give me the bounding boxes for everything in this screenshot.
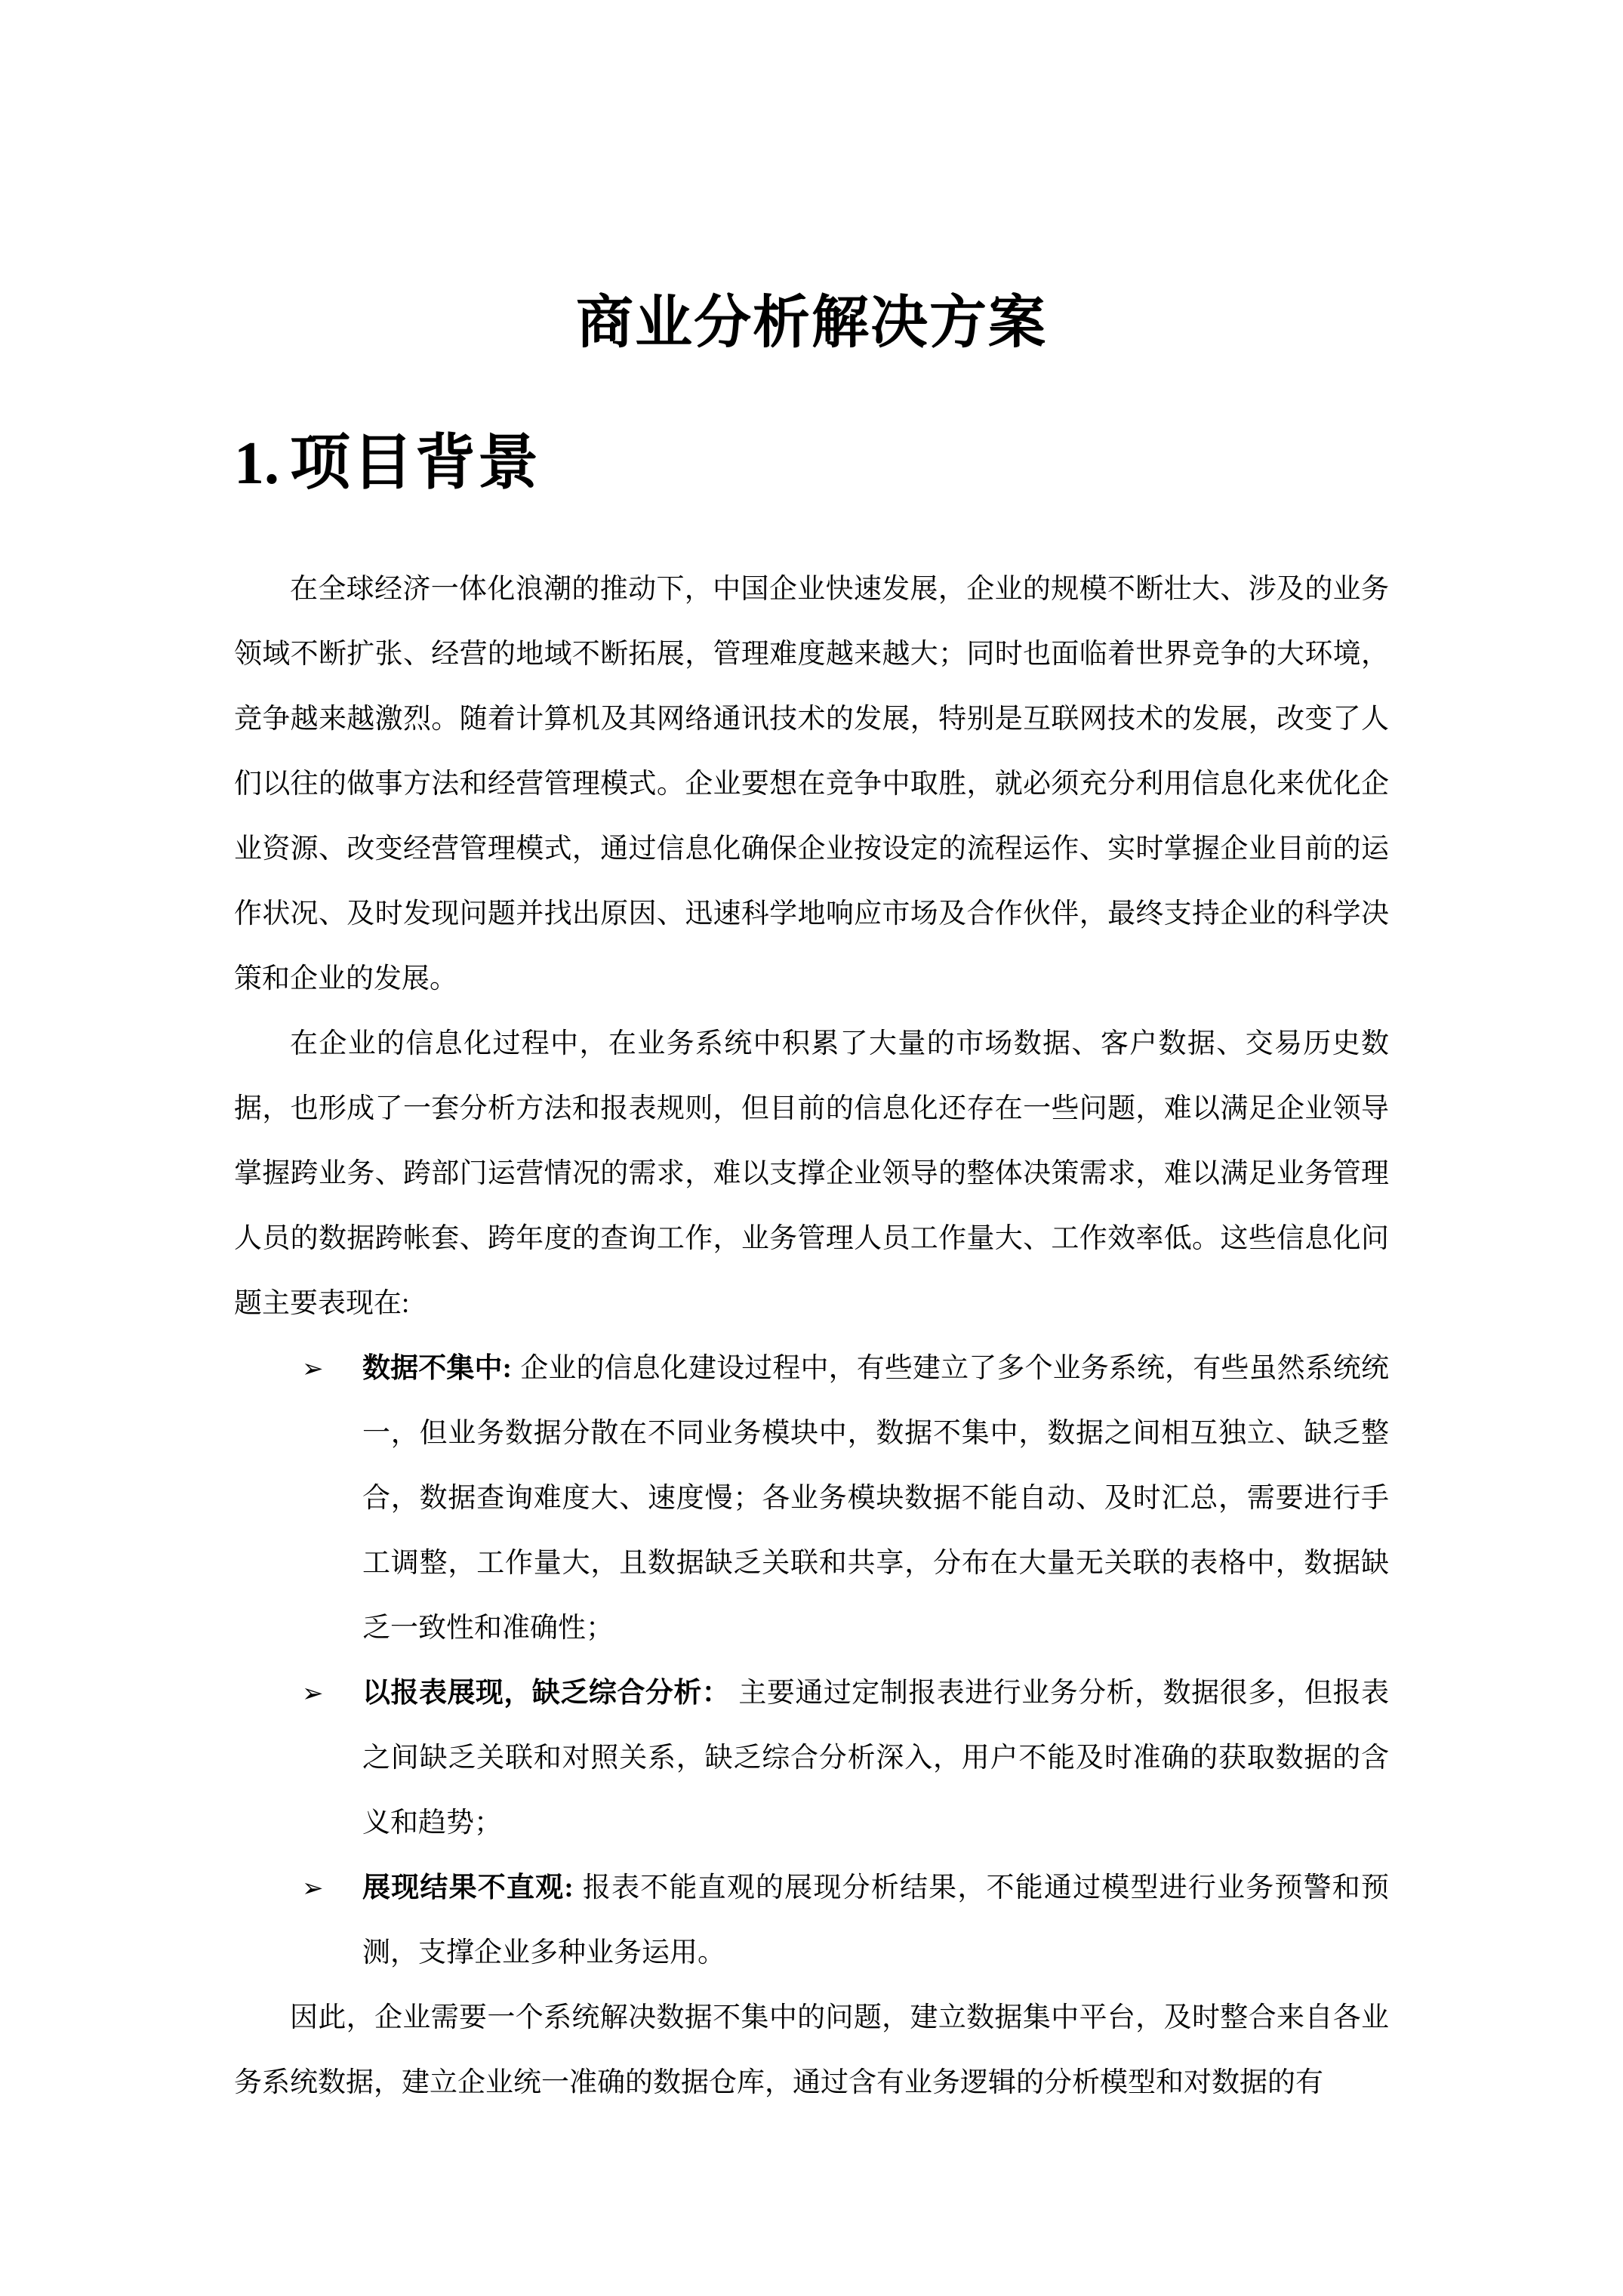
bullet-text: 企业的信息化建设过程中，有些建立了多个业务系统，有些虽然系统统一，但业务数据分散… — [362, 1353, 1389, 1644]
bullet-item-result-not-intuitive: ➢展现结果不直观:报表不能直观的展现分析结果，不能通过模型进行业务预警和预测，支… — [362, 1856, 1389, 1986]
document-page: 商业分析解决方案 1.项目背景 在全球经济一体化浪潮的推动下，中国企业快速发展，… — [0, 0, 1623, 2296]
paragraph-conclusion: 因此，企业需要一个系统解决数据不集中的问题，建立数据集中平台，及时整合来自各业务… — [234, 1986, 1389, 2116]
bullet-item-report-only: ➢以报表展现，缺乏综合分析：主要通过定制报表进行业务分析，数据很多，但报表之间缺… — [362, 1661, 1389, 1856]
paragraph-problems-intro: 在企业的信息化过程中，在业务系统中积累了大量的市场数据、客户数据、交易历史数据，… — [234, 1012, 1389, 1336]
arrowhead-bullet-icon: ➢ — [302, 1661, 324, 1726]
document-title: 商业分析解决方案 — [234, 293, 1389, 353]
bullet-item-data-not-centralized: ➢数据不集中:企业的信息化建设过程中，有些建立了多个业务系统，有些虽然系统统一，… — [362, 1336, 1389, 1661]
section-heading-text: 项目背景 — [290, 430, 540, 497]
bullet-label: 展现结果不直观: — [362, 1872, 574, 1903]
bullet-label: 数据不集中: — [362, 1353, 512, 1384]
paragraph-background: 在全球经济一体化浪潮的推动下，中国企业快速发展，企业的规模不断壮大、涉及的业务领… — [234, 557, 1389, 1012]
arrowhead-bullet-icon: ➢ — [302, 1856, 324, 1921]
content-column: 商业分析解决方案 1.项目背景 在全球经济一体化浪潮的推动下，中国企业快速发展，… — [234, 0, 1389, 2116]
body-text: 在全球经济一体化浪潮的推动下，中国企业快速发展，企业的规模不断壮大、涉及的业务领… — [234, 557, 1389, 2116]
section-number: 1. — [234, 430, 279, 497]
bullet-label: 以报表展现，缺乏综合分析： — [362, 1678, 730, 1709]
problem-bullet-list: ➢数据不集中:企业的信息化建设过程中，有些建立了多个业务系统，有些虽然系统统一，… — [234, 1336, 1389, 1986]
arrowhead-bullet-icon: ➢ — [302, 1336, 324, 1401]
section-heading: 1.项目背景 — [234, 432, 1389, 495]
